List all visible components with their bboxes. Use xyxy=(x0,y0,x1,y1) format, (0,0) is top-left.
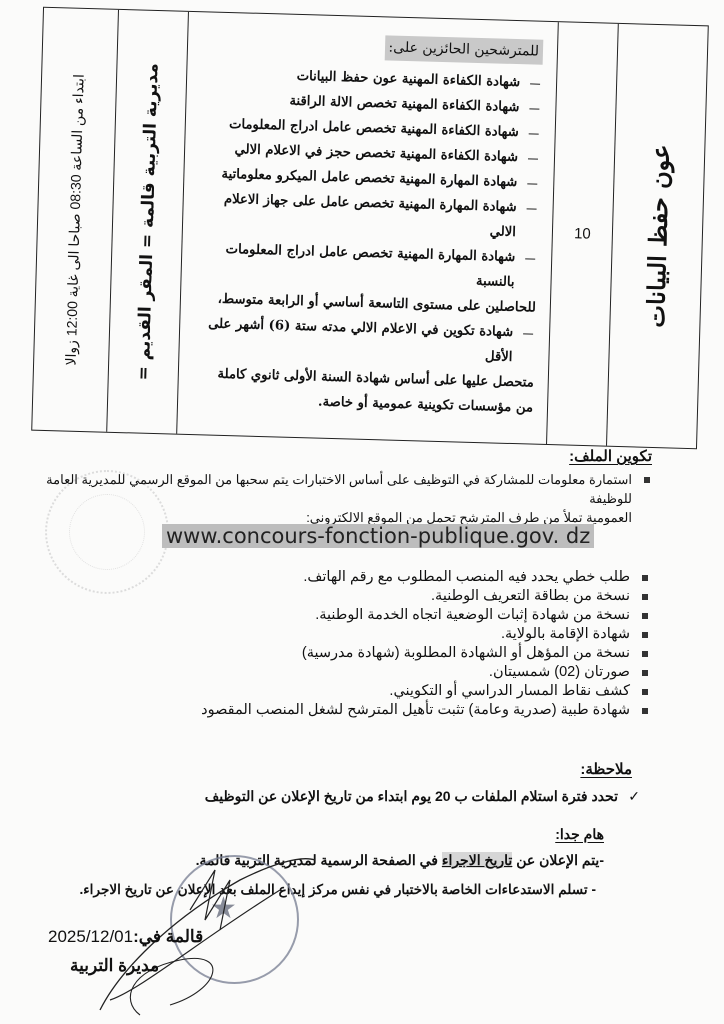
important-line-2: - تسلم الاستدعاءات الخاصة بالاختبار في ن… xyxy=(0,878,724,902)
rank-title: عون حفظ البيانات xyxy=(640,144,674,328)
file-composition-heading: تكوين الملف: xyxy=(569,448,652,465)
document-item: نسخة من شهادة إثبات الوضعية اتجاه الخدمة… xyxy=(150,606,652,625)
document-item: شهادة طبية (صدرية وعامة) تثبت تأهيل المت… xyxy=(150,701,652,720)
place-date-line: قالمة في:2025/12/01 xyxy=(48,927,203,947)
deposit-place: مديرية التربية قالمة = المقر القديم = xyxy=(133,63,162,381)
documents-list: طلب خطي يحدد فيه المنصب المطلوب مع رقم ا… xyxy=(150,568,652,720)
document-item: نسخة من المؤهل أو الشهادة المطلوبة (شهاد… xyxy=(150,644,652,663)
place-date-label: قالمة في: xyxy=(133,927,203,946)
note-heading-wrap: ملاحظة: xyxy=(580,760,632,779)
official-stamp-icon xyxy=(170,855,299,984)
form-item-line1: استمارة معلومات للمشاركة في التوظيف على … xyxy=(10,470,654,508)
signatory-title: مديرة التربية xyxy=(70,956,159,975)
note-text: تحدد فترة استلام الملفات ب 20 يوم ابتداء… xyxy=(205,788,618,804)
document-item: طلب خطي يحدد فيه المنصب المطلوب مع رقم ا… xyxy=(150,568,652,587)
checkmark-icon: ✓ xyxy=(628,788,640,805)
qualification-item: شهادة المهارة المهنية تخصص عامل ادراج ال… xyxy=(191,236,537,296)
important-heading-wrap: هام جدا: xyxy=(555,826,604,844)
note-item: ✓ تحدد فترة استلام الملفات ب 20 يوم ابتد… xyxy=(130,788,644,805)
url-wrap: www.concours-fonction-publique.gov. dz xyxy=(162,524,594,548)
document-item: كشف نقاط المسار الدراسي أو التكويني. xyxy=(150,682,652,701)
document-page: عون حفظ البيانات 10 للمترشحين الحائزين ع… xyxy=(0,0,724,1024)
document-item: صورتان (02) شمسيتان. xyxy=(150,663,652,682)
signature-date: 2025/12/01 xyxy=(48,927,133,946)
website-url[interactable]: www.concours-fonction-publique.gov. dz xyxy=(162,524,594,548)
qualification-item: شهادة تكوين في الاعلام الالي مدته ستة (6… xyxy=(189,311,535,371)
recruitment-table: عون حفظ البيانات 10 للمترشحين الحائزين ع… xyxy=(31,7,709,449)
deposit-place-column: مديرية التربية قالمة = المقر القديم = xyxy=(106,10,188,434)
deposit-time: ابتداء من الساعة 08:30 صباحا الى غاية 12… xyxy=(63,74,88,366)
count-column: 10 xyxy=(546,22,618,446)
document-item: نسخة من بطاقة التعريف الوطنية. xyxy=(150,587,652,606)
qualifications-column: للمترشحين الحائزين على: شهادة الكفاءة ال… xyxy=(176,12,558,444)
form-item: استمارة معلومات للمشاركة في التوظيف على … xyxy=(10,470,654,527)
signatory-wrap: مديرة التربية xyxy=(70,956,159,976)
deposit-time-column: ابتداء من الساعة 08:30 صباحا الى غاية 12… xyxy=(32,8,118,432)
important-line-2-wrap: - تسلم الاستدعاءات الخاصة بالاختبار في ن… xyxy=(0,854,724,902)
document-item: شهادة الإقامة بالولاية. xyxy=(150,625,652,644)
note-heading: ملاحظة: xyxy=(580,761,632,778)
qualifications-header: للمترشحين الحائزين على: xyxy=(384,35,543,64)
file-composition-heading-wrap: تكوين الملف: xyxy=(569,447,652,466)
rank-column: عون حفظ البيانات xyxy=(606,24,708,448)
important-heading: هام جدا: xyxy=(555,826,604,842)
positions-count: 10 xyxy=(574,225,591,242)
